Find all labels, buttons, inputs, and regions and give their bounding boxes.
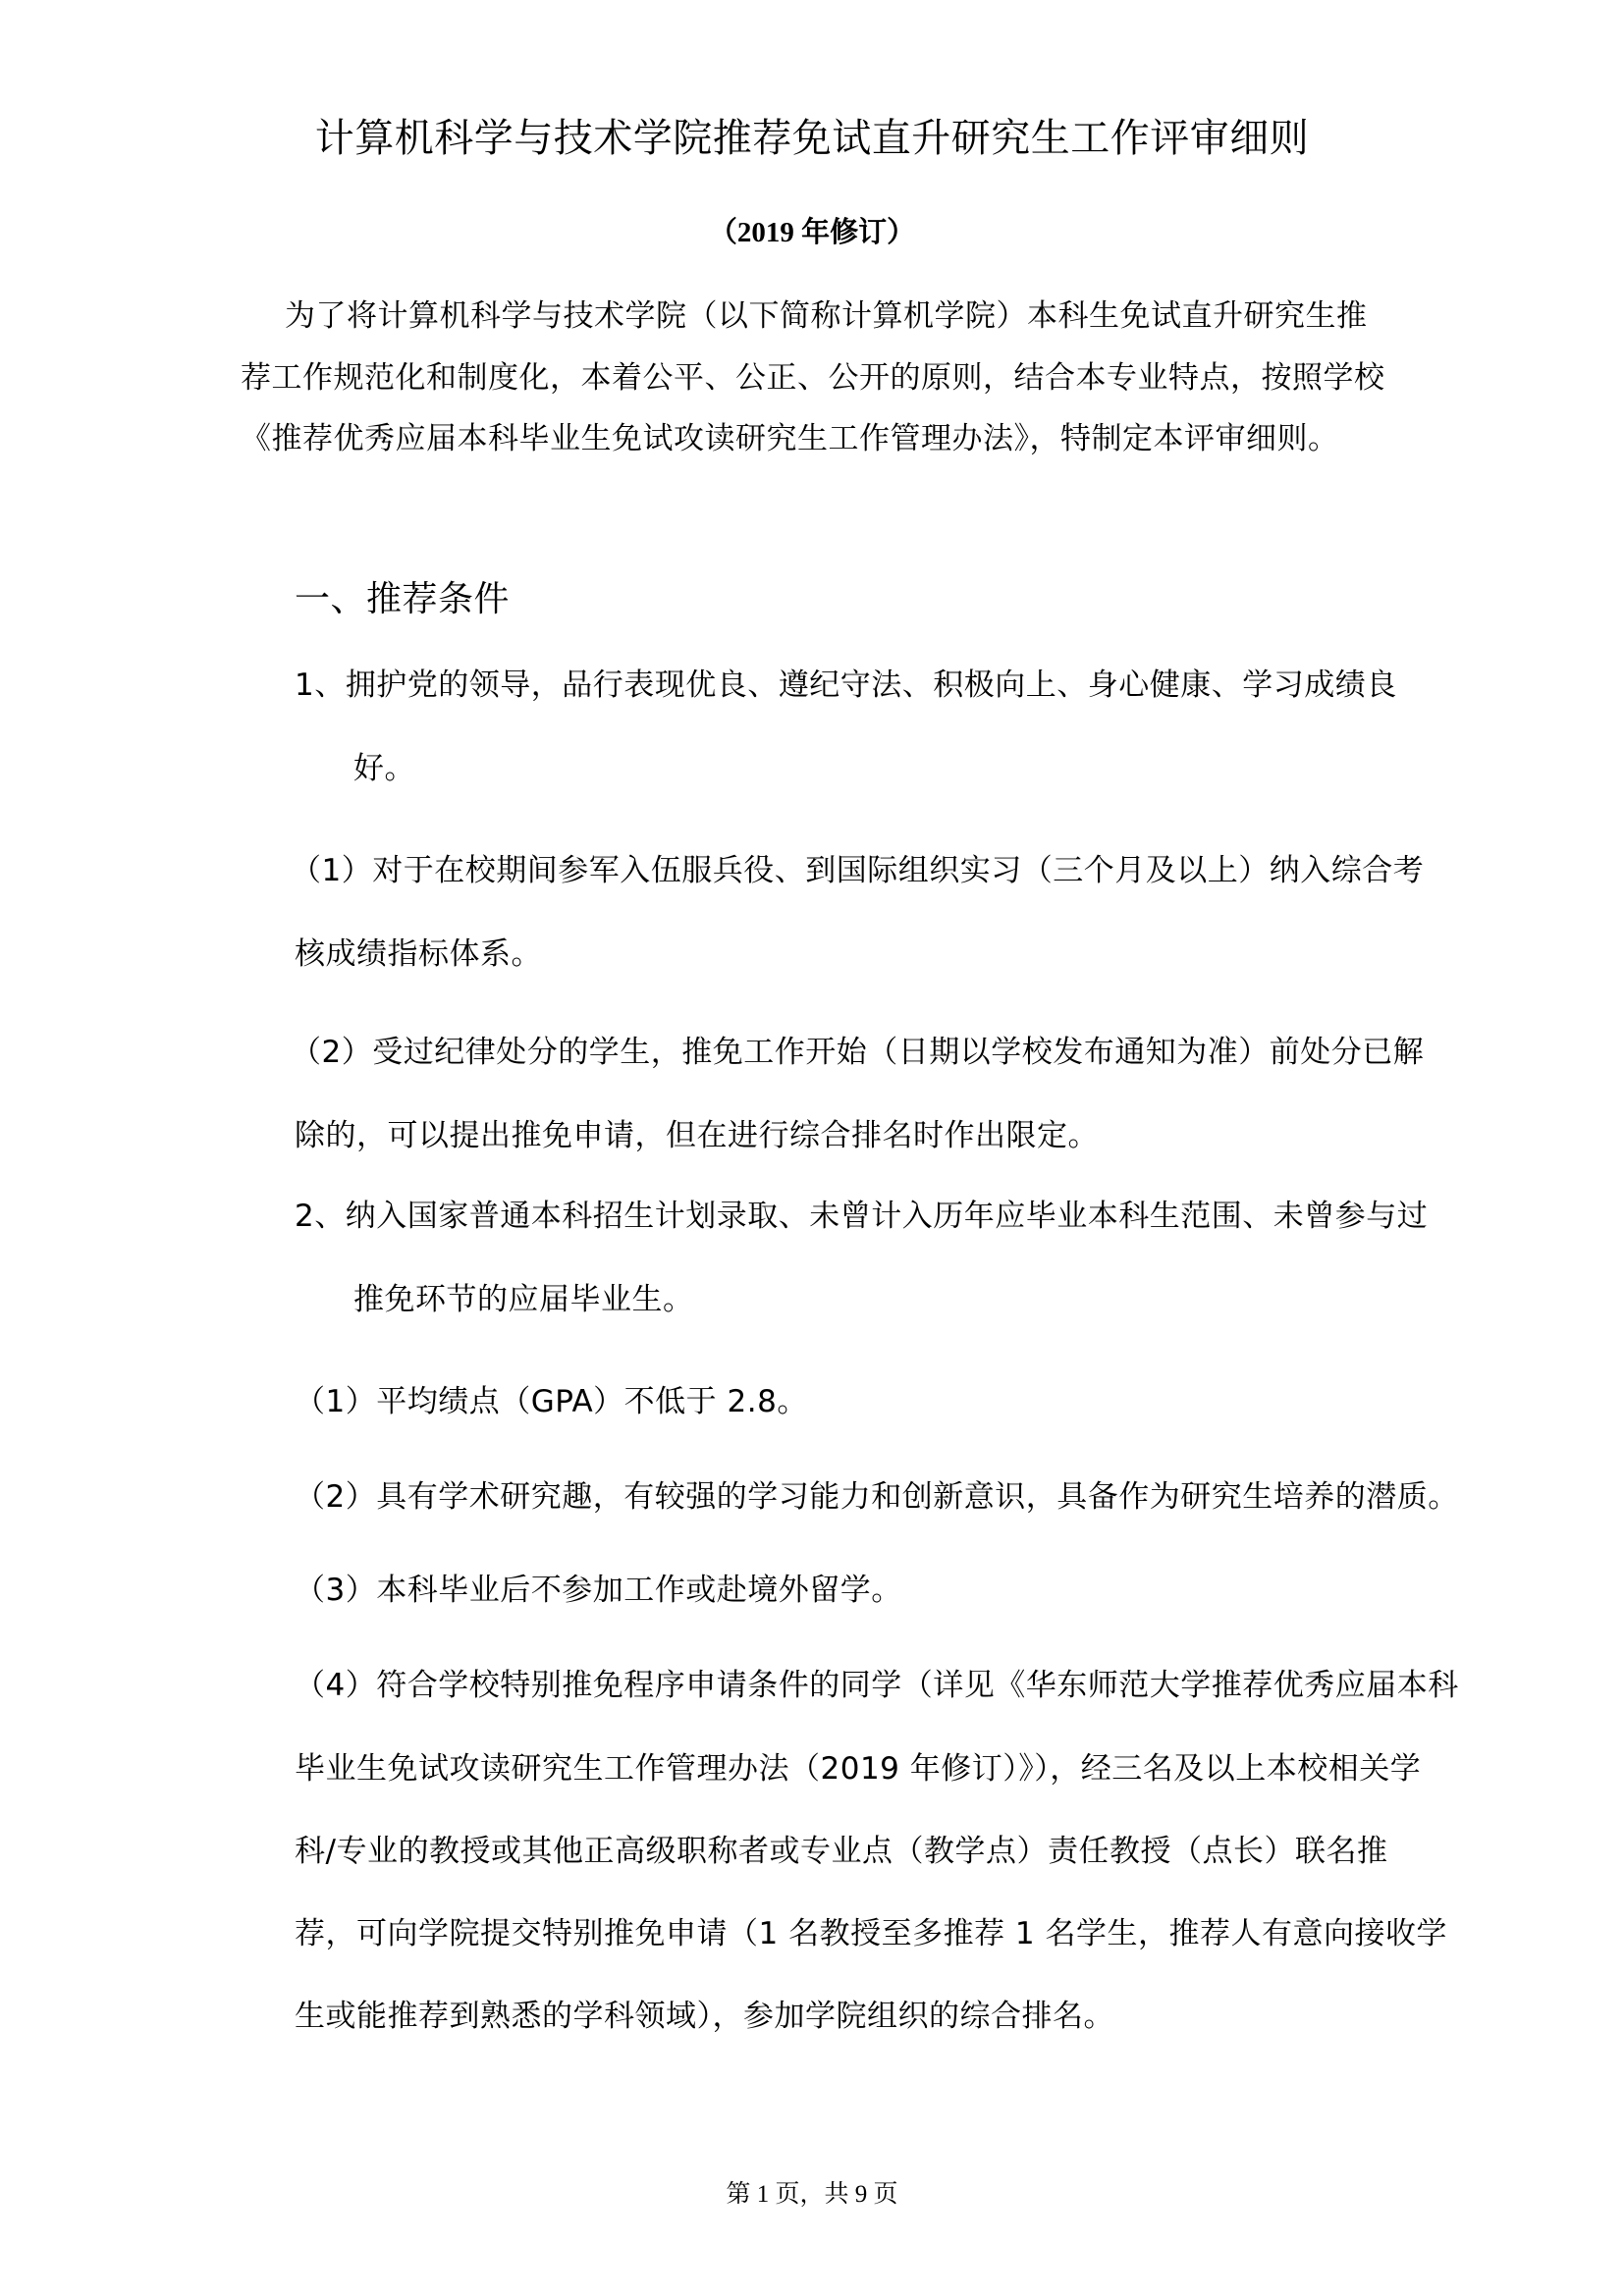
condition-1-sub-1-line-1: （1）对于在校期间参军入伍服兵役、到国际组织实习（三个月及以上）纳入综合考: [291, 851, 1424, 890]
condition-2-line-1: 2、纳入国家普通本科招生计划录取、未曾计入历年应毕业本科生范围、未曾参与过: [295, 1197, 1428, 1236]
condition-2-sub-4-line-5: 生或能推荐到熟悉的学科领域），参加学院组织的综合排名。: [295, 1997, 1114, 2036]
condition-2-sub-4-line-4: 荐，可向学院提交特别推免申请（1 名教授至多推荐 1 名学生，推荐人有意向接收学: [295, 1914, 1447, 1953]
condition-2-sub-1: （1）平均绩点（GPA）不低于 2.8。: [295, 1382, 808, 1421]
condition-2-sub-4-line-2: 毕业生免试攻读研究生工作管理办法（2019 年修订）》），经三名及以上本校相关学: [295, 1749, 1421, 1789]
condition-2-sub-3: （3）本科毕业后不参加工作或赴境外留学。: [295, 1571, 902, 1610]
document-page: 计算机科学与技术学院推荐免试直升研究生工作评审细则 （2019 年修订） 为了将…: [0, 0, 1624, 2296]
condition-1-sub-1-line-2: 核成绩指标体系。: [295, 934, 542, 974]
intro-line-3: 《推荐优秀应届本科毕业生免试攻读研究生工作管理办法》，特制定本评审细则。: [241, 419, 1339, 458]
page-number-footer: 第 1 页，共 9 页: [0, 2179, 1624, 2211]
condition-2-sub-2: （2）具有学术研究趣，有较强的学习能力和创新意识，具备作为研究生培养的潜质。: [295, 1477, 1459, 1517]
intro-line-2: 荐工作规范化和制度化，本着公平、公正、公开的原则，结合本专业特点，按照学校: [241, 358, 1385, 398]
condition-1-sub-2-line-2: 除的，可以提出推免申请，但在进行综合排名时作出限定。: [295, 1116, 1099, 1155]
condition-2-line-2: 推免环节的应届毕业生。: [353, 1280, 694, 1319]
condition-1-line-1: 1、拥护党的领导，品行表现优良、遵纪守法、积极向上、身心健康、学习成绩良: [295, 666, 1397, 705]
condition-2-sub-4-line-1: （4）符合学校特别推免程序申请条件的同学（详见《华东师范大学推荐优秀应届本科: [295, 1666, 1459, 1705]
condition-1-line-2: 好。: [353, 749, 415, 788]
intro-line-1: 为了将计算机科学与技术学院（以下简称计算机学院）本科生免试直升研究生推: [285, 296, 1368, 336]
condition-2-sub-4-line-3: 科/专业的教授或其他正高级职称者或专业点（教学点）责任教授（点长）联名推: [295, 1832, 1387, 1871]
document-title: 计算机科学与技术学院推荐免试直升研究生工作评审细则: [0, 114, 1624, 163]
condition-1-sub-2-line-1: （2）受过纪律处分的学生，推免工作开始（日期以学校发布通知为准）前处分已解: [291, 1033, 1424, 1072]
section-heading: 一、推荐条件: [295, 577, 510, 622]
document-subtitle: （2019 年修订）: [0, 213, 1624, 252]
